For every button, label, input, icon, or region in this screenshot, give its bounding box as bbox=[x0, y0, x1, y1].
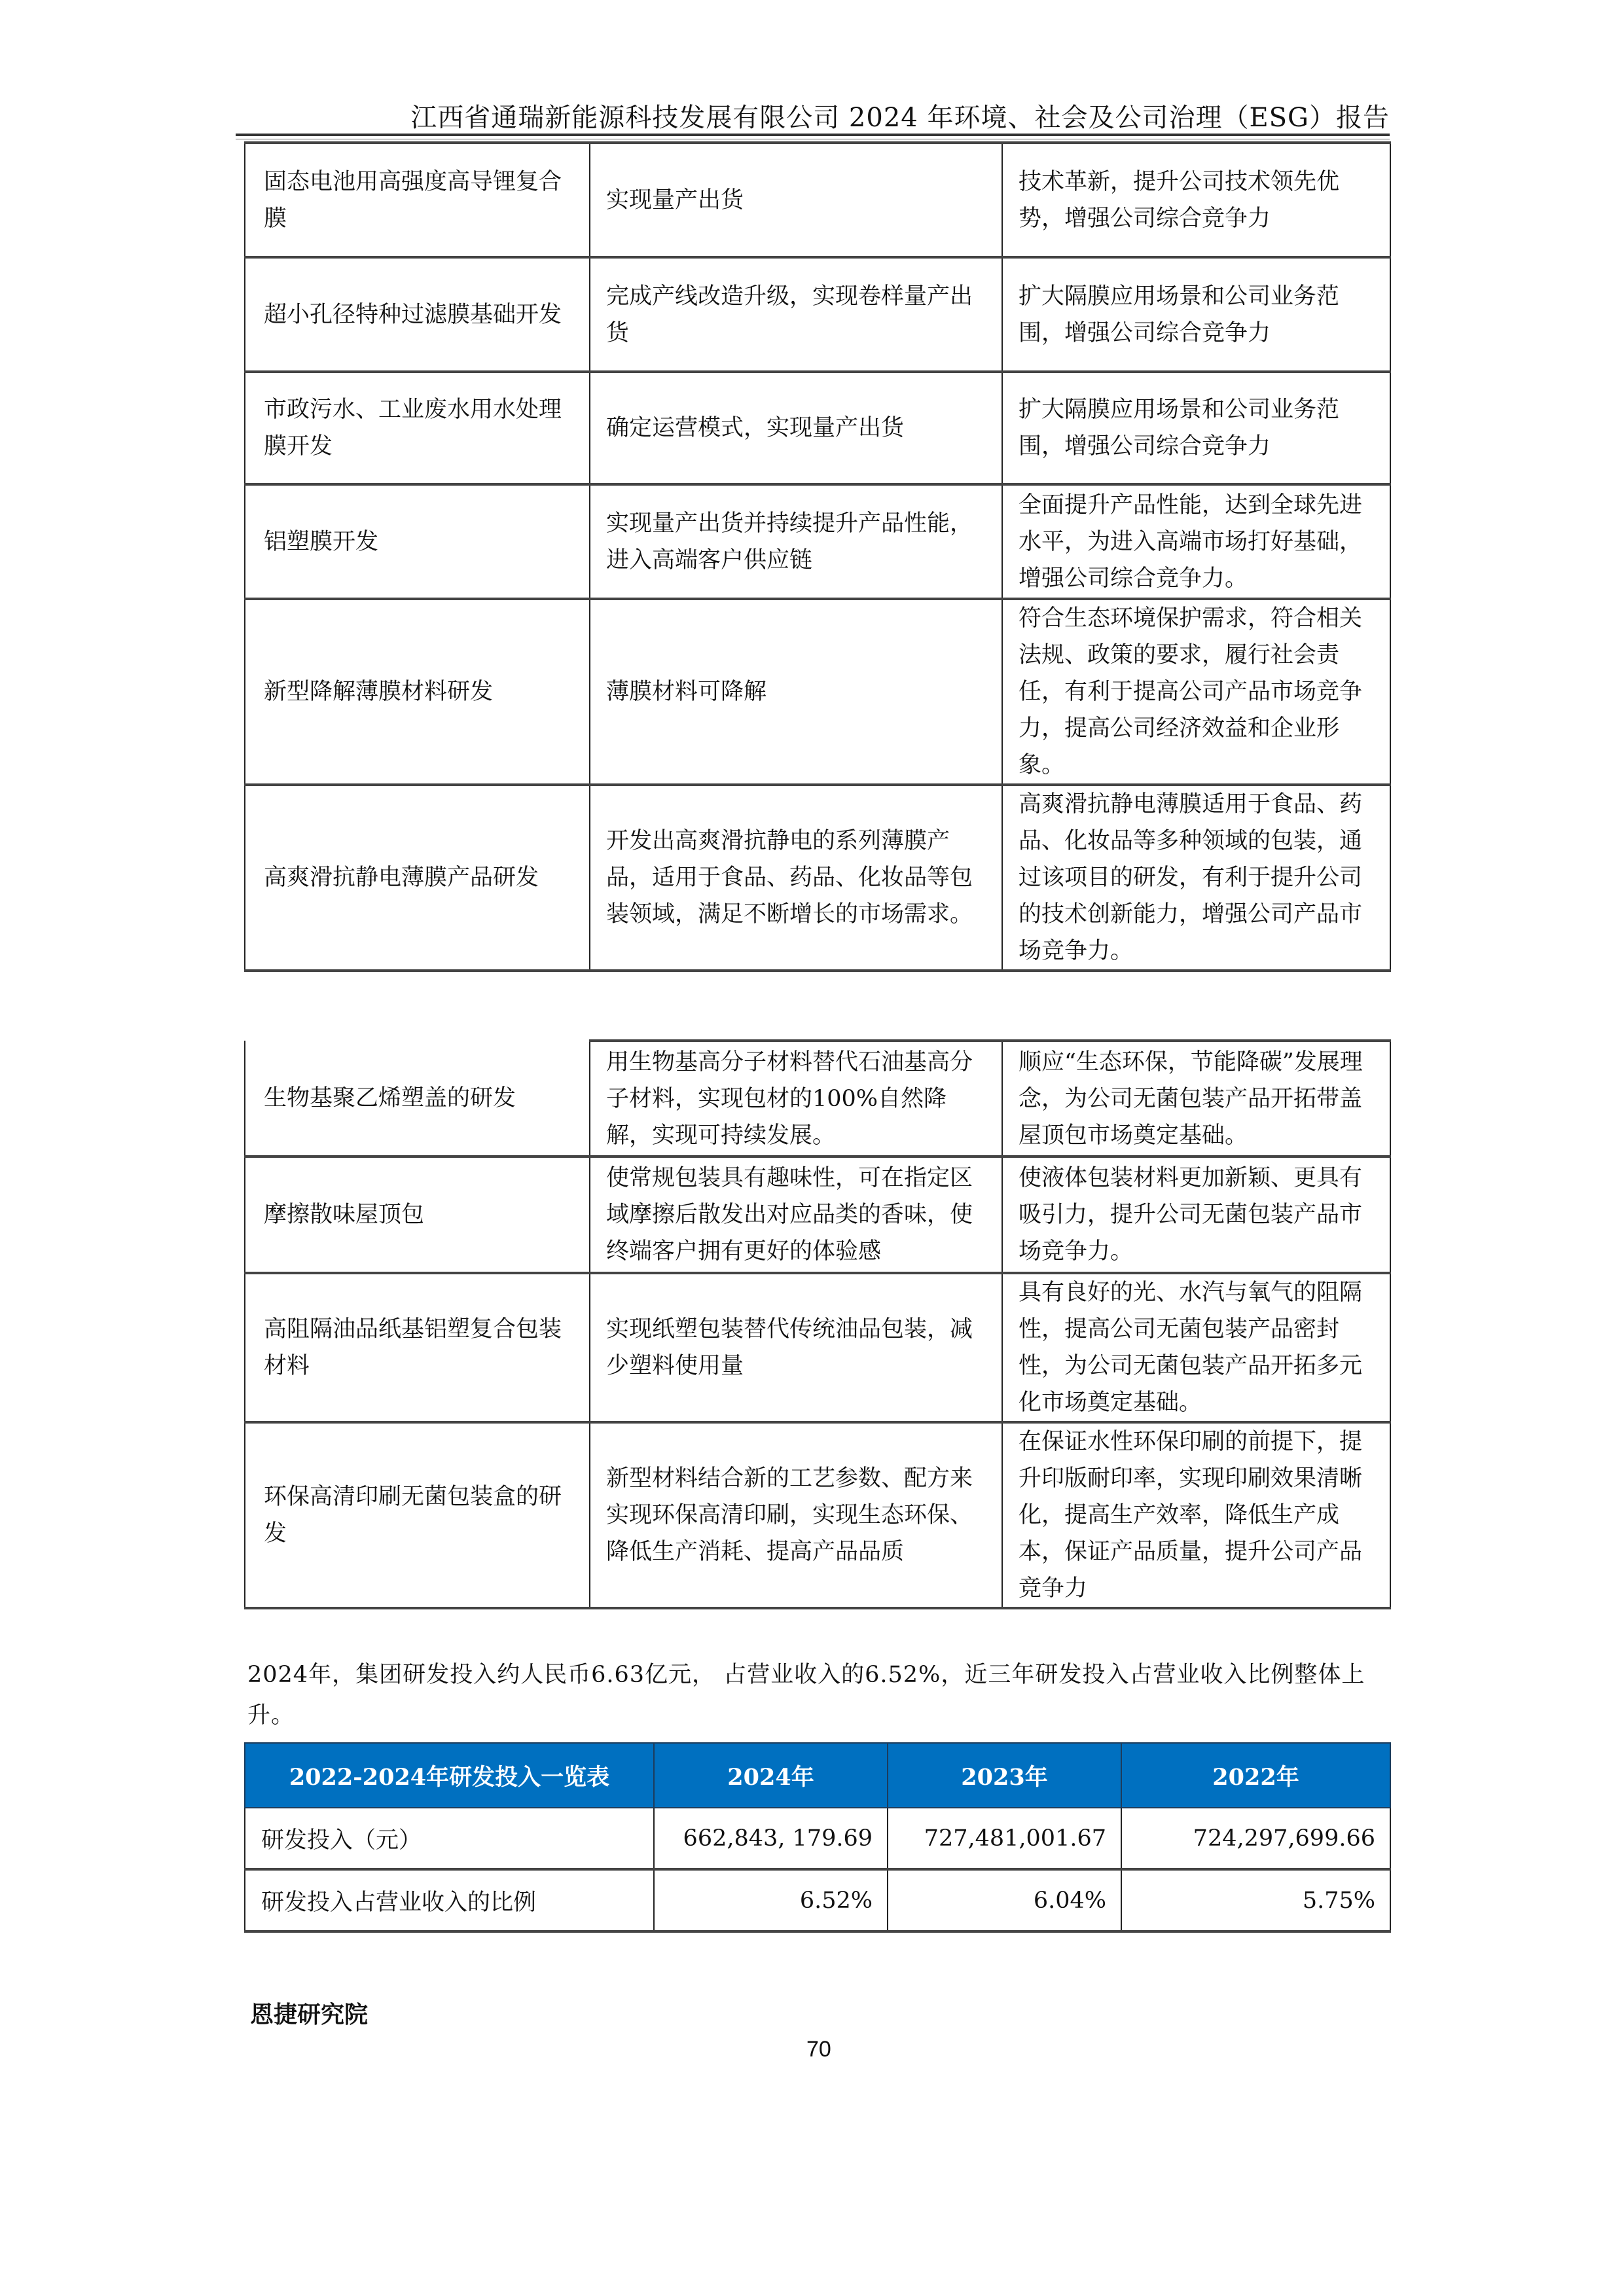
project-impact: 技术革新，提升公司技术领先优势，增强公司综合竞争力 bbox=[1002, 143, 1390, 257]
project-progress: 薄膜材料可降解 bbox=[590, 599, 1002, 785]
project-progress: 实现量产出货 bbox=[590, 143, 1002, 257]
value-2023: 6.04% bbox=[888, 1869, 1121, 1931]
project-progress: 完成产线改造升级，实现卷样量产出货 bbox=[590, 257, 1002, 372]
table-row: 新型降解薄膜材料研发 薄膜材料可降解 符合生态环境保护需求，符合相关法规、政策的… bbox=[245, 599, 1390, 785]
project-impact: 顺应“生态环保，节能降碳”发展理念，为公司无菌包装产品开拓带盖屋顶包市场奠定基础… bbox=[1002, 1041, 1390, 1157]
project-name: 铝塑膜开发 bbox=[245, 484, 590, 599]
row-label: 研发投入（元） bbox=[245, 1808, 654, 1869]
project-progress: 实现纸塑包装替代传统油品包装，减少塑料使用量 bbox=[590, 1273, 1002, 1422]
project-name: 摩擦散味屋顶包 bbox=[245, 1157, 590, 1273]
project-impact: 使液体包装材料更加新颖、更具有吸引力，提升公司无菌包装产品市场竞争力。 bbox=[1002, 1157, 1390, 1273]
footer-organization: 恩捷研究院 bbox=[250, 1996, 368, 2030]
header-rule-thin bbox=[236, 139, 1390, 139]
page-number: 70 bbox=[806, 2037, 831, 2062]
page-header: 江西省通瑞新能源科技发展有限公司 2024 年环境、社会及公司治理（ESG）报告 bbox=[236, 92, 1390, 139]
project-name: 环保高清印刷无菌包装盒的研发 bbox=[245, 1422, 590, 1608]
project-name: 超小孔径特种过滤膜基础开发 bbox=[245, 257, 590, 372]
value-2022: 5.75% bbox=[1121, 1869, 1390, 1931]
project-name: 高爽滑抗静电薄膜产品研发 bbox=[245, 785, 590, 971]
project-impact: 在保证水性环保印刷的前提下，提升印版耐印率，实现印刷效果清晰化，提高生产效率，降… bbox=[1002, 1422, 1390, 1608]
table-row: 高爽滑抗静电薄膜产品研发 开发出高爽滑抗静电的系列薄膜产品，适用于食品、药品、化… bbox=[245, 785, 1390, 971]
project-progress: 使常规包装具有趣味性，可在指定区域摩擦后散发出对应品类的香味，使终端客户拥有更好… bbox=[590, 1157, 1002, 1273]
project-progress: 确定运营模式，实现量产出货 bbox=[590, 372, 1002, 484]
project-progress: 开发出高爽滑抗静电的系列薄膜产品，适用于食品、药品、化妆品等包装领域，满足不断增… bbox=[590, 785, 1002, 971]
project-name: 新型降解薄膜材料研发 bbox=[245, 599, 590, 785]
rd-summary-paragraph: 2024年，集团研发投入约人民币6.63亿元， 占营业收入的6.52%，近三年研… bbox=[247, 1655, 1386, 1736]
value-2022: 724,297,699.66 bbox=[1121, 1808, 1390, 1869]
column-header-2022: 2022年 bbox=[1121, 1743, 1390, 1808]
value-2024: 662,843, 179.69 bbox=[654, 1808, 888, 1869]
table-header-row: 2022-2024年研发投入一览表 2024年 2023年 2022年 bbox=[245, 1743, 1390, 1808]
table-row: 生物基聚乙烯塑盖的研发 用生物基高分子材料替代石油基高分子材料，实现包材的100… bbox=[245, 1041, 1390, 1157]
table-row: 市政污水、工业废水用水处理膜开发 确定运营模式，实现量产出货 扩大隔膜应用场景和… bbox=[245, 372, 1390, 484]
table-row: 超小孔径特种过滤膜基础开发 完成产线改造升级，实现卷样量产出货 扩大隔膜应用场景… bbox=[245, 257, 1390, 372]
project-progress: 新型材料结合新的工艺参数、配方来实现环保高清印刷，实现生态环保、降低生产消耗、提… bbox=[590, 1422, 1002, 1608]
project-impact: 高爽滑抗静电薄膜适用于食品、药品、化妆品等多种领域的包装，通过该项目的研发，有利… bbox=[1002, 785, 1390, 971]
table-row: 研发投入（元） 662,843, 179.69 727,481,001.67 7… bbox=[245, 1808, 1390, 1869]
row-label: 研发投入占营业收入的比例 bbox=[245, 1869, 654, 1931]
project-impact: 全面提升产品性能，达到全球先进水平，为进入高端市场打好基础，增强公司综合竞争力。 bbox=[1002, 484, 1390, 599]
column-header-2023: 2023年 bbox=[888, 1743, 1121, 1808]
project-progress: 实现量产出货并持续提升产品性能，进入高端客户供应链 bbox=[590, 484, 1002, 599]
value-2024: 6.52% bbox=[654, 1869, 888, 1931]
column-header-2024: 2024年 bbox=[654, 1743, 888, 1808]
project-impact: 扩大隔膜应用场景和公司业务范围，增强公司综合竞争力 bbox=[1002, 257, 1390, 372]
rd-projects-table-2: 生物基聚乙烯塑盖的研发 用生物基高分子材料替代石油基高分子材料，实现包材的100… bbox=[244, 1039, 1391, 1609]
header-rule bbox=[236, 134, 1390, 136]
table-row: 摩擦散味屋顶包 使常规包装具有趣味性，可在指定区域摩擦后散发出对应品类的香味，使… bbox=[245, 1157, 1390, 1273]
report-title: 江西省通瑞新能源科技发展有限公司 2024 年环境、社会及公司治理（ESG）报告 bbox=[410, 97, 1390, 134]
rd-projects-table-1: 固态电池用高强度高导锂复合膜 实现量产出货 技术革新，提升公司技术领先优势，增强… bbox=[244, 141, 1391, 972]
project-name: 生物基聚乙烯塑盖的研发 bbox=[245, 1041, 590, 1157]
table-row: 研发投入占营业收入的比例 6.52% 6.04% 5.75% bbox=[245, 1869, 1390, 1931]
project-name: 市政污水、工业废水用水处理膜开发 bbox=[245, 372, 590, 484]
table-row: 高阻隔油品纸基铝塑复合包装材料 实现纸塑包装替代传统油品包装，减少塑料使用量 具… bbox=[245, 1273, 1390, 1422]
column-header-title: 2022-2024年研发投入一览表 bbox=[245, 1743, 654, 1808]
value-2023: 727,481,001.67 bbox=[888, 1808, 1121, 1869]
table-row: 环保高清印刷无菌包装盒的研发 新型材料结合新的工艺参数、配方来实现环保高清印刷，… bbox=[245, 1422, 1390, 1608]
rd-investment-table: 2022-2024年研发投入一览表 2024年 2023年 2022年 研发投入… bbox=[244, 1742, 1391, 1933]
table-row: 固态电池用高强度高导锂复合膜 实现量产出货 技术革新，提升公司技术领先优势，增强… bbox=[245, 143, 1390, 257]
project-impact: 扩大隔膜应用场景和公司业务范围，增强公司综合竞争力 bbox=[1002, 372, 1390, 484]
project-impact: 符合生态环境保护需求，符合相关法规、政策的要求，履行社会责任，有利于提高公司产品… bbox=[1002, 599, 1390, 785]
project-impact: 具有良好的光、水汽与氧气的阻隔性，提高公司无菌包装产品密封性，为公司无菌包装产品… bbox=[1002, 1273, 1390, 1422]
project-progress: 用生物基高分子材料替代石油基高分子材料，实现包材的100%自然降解，实现可持续发… bbox=[590, 1041, 1002, 1157]
table-row: 铝塑膜开发 实现量产出货并持续提升产品性能，进入高端客户供应链 全面提升产品性能… bbox=[245, 484, 1390, 599]
project-name: 固态电池用高强度高导锂复合膜 bbox=[245, 143, 590, 257]
project-name: 高阻隔油品纸基铝塑复合包装材料 bbox=[245, 1273, 590, 1422]
